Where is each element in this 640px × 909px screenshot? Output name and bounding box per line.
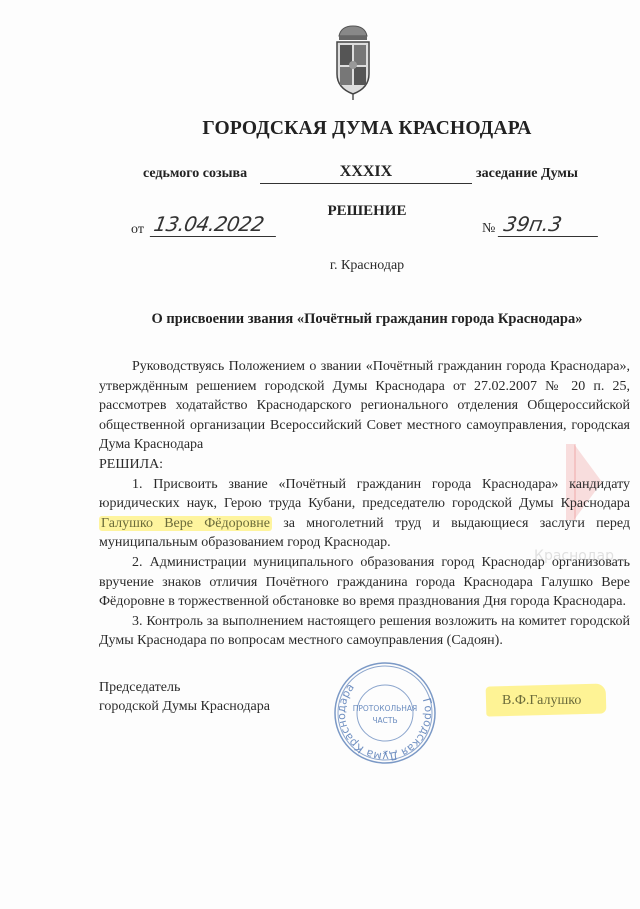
coat-of-arms-icon: [333, 22, 373, 102]
session-label: заседание Думы: [476, 166, 578, 182]
council-title: ГОРОДСКАЯ ДУМА КРАСНОДАРА: [0, 118, 640, 140]
item-1-text-a: 1. Присвоить звание «Почётный гражданин …: [99, 477, 630, 512]
signatory-name: В.Ф.Галушко: [502, 693, 581, 709]
item-1: 1. Присвоить звание «Почётный гражданин …: [99, 475, 630, 553]
convocation-label: седьмого созыва: [143, 166, 247, 182]
number-label: №: [482, 221, 495, 237]
signatory-title: Председатель городской Думы Краснодара: [99, 678, 270, 716]
preamble: Руководствуясь Положением о звании «Почё…: [99, 357, 630, 455]
official-stamp-icon: Городская Дума Краснодара ПРОТОКОЛЬНАЯ Ч…: [333, 661, 437, 765]
date-label: от: [131, 222, 144, 238]
number-value: 39п.3: [498, 212, 602, 237]
document-subject: О присвоении звания «Почётный гражданин …: [0, 311, 640, 328]
svg-text:ПРОТОКОЛЬНАЯ: ПРОТОКОЛЬНАЯ: [353, 704, 418, 713]
svg-text:*: *: [383, 750, 388, 760]
item-3: 3. Контроль за выполнением настоящего ре…: [99, 612, 630, 651]
date-value: 13.04.2022: [150, 212, 280, 237]
document-body: Руководствуясь Положением о звании «Почё…: [99, 357, 630, 651]
session-underline: [260, 183, 472, 184]
session-number: XXXIX: [260, 163, 472, 181]
signatory-title-line2: городской Думы Краснодара: [99, 697, 270, 716]
signatory-title-line1: Председатель: [99, 678, 270, 697]
svg-text:ЧАСТЬ: ЧАСТЬ: [372, 716, 397, 725]
city: г. Краснодар: [0, 258, 640, 274]
item-2: 2. Администрации муниципального образова…: [99, 553, 630, 612]
resolved-label: РЕШИЛА:: [99, 455, 630, 475]
highlighted-name: Галушко Вере Фёдоровне: [99, 516, 272, 531]
